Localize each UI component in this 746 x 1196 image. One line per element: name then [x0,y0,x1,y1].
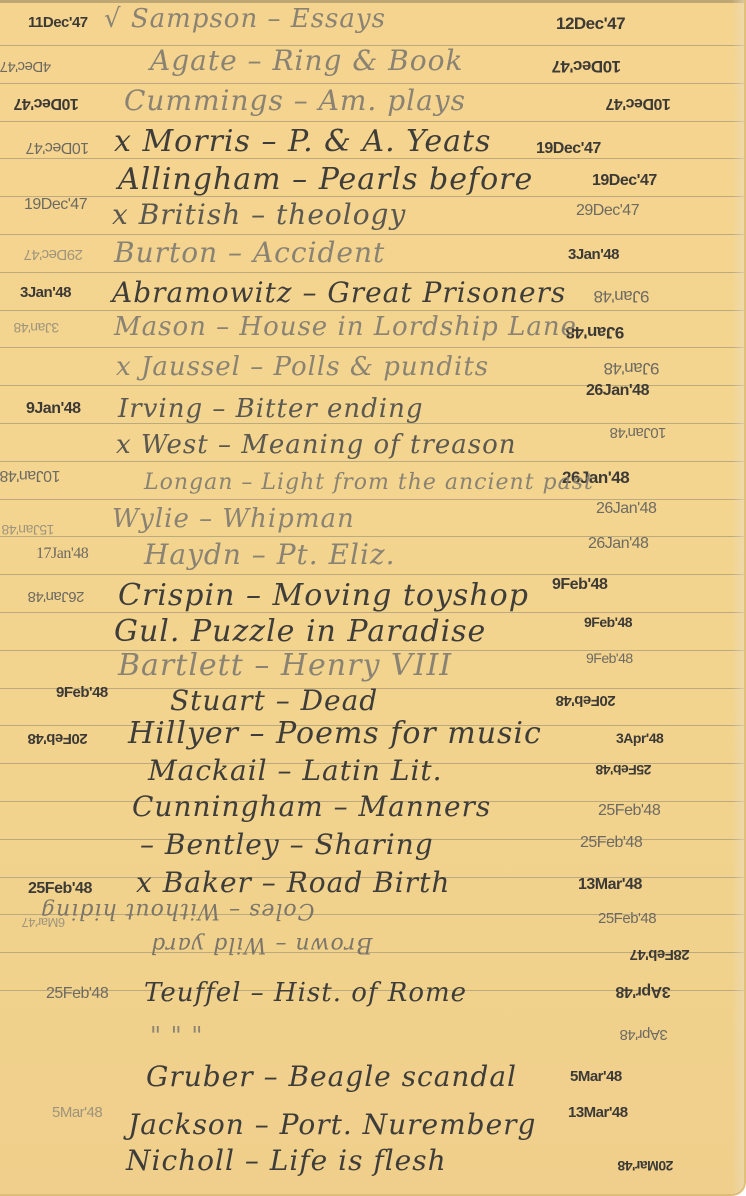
book-entry: – Bentley – Sharing [140,828,434,861]
book-entry: Gruber – Beagle scandal [146,1060,517,1093]
date-stamp: 10Jan'48 [610,424,666,441]
date-stamp: 19Dec'47 [24,196,87,214]
date-stamp: 9Feb'48 [584,614,632,630]
date-stamp: 25Feb'48 [46,985,108,1003]
date-stamp: 26Jan'48 [28,588,84,605]
book-entry: Stuart – Dead [170,684,378,717]
date-stamp: 17Jan'48 [36,545,88,563]
book-entry: Jackson – Port. Nuremberg [128,1108,536,1141]
date-stamp: 3Apr'48 [616,982,671,1000]
entry-text: Nicholl – Life is flesh [126,1144,447,1177]
entry-text: West – Meaning of treason [141,430,517,460]
date-stamp: 9Jan'48 [594,286,650,306]
date-stamp: 3Jan'48 [568,246,619,263]
book-entry: Irving – Bitter ending [118,394,424,424]
book-entry: x British – theology [112,198,406,231]
date-stamp: 4Dec'47 [0,58,51,75]
entry-text: Longan – Light from the ancient past [144,470,594,495]
date-stamp: 3Apr'48 [620,1026,668,1043]
entry-text: Burton – Accident [114,236,385,269]
entry-text: – Bentley – Sharing [140,828,434,861]
book-entry: Cunningham – Manners [132,790,491,823]
entry-text: Stuart – Dead [170,684,378,717]
entry-text: Wylie – Whipman [112,504,355,534]
book-entry: Bartlett – Henry VIII [118,648,452,683]
date-stamp: 3Apr'48 [616,730,663,746]
entry-text: Cummings – Am. plays [124,84,466,117]
date-stamp: 10Dec'47 [26,138,89,156]
book-entry: Teuffel – Hist. of Rome [144,978,467,1008]
date-stamp: 9Feb'48 [552,576,607,594]
date-stamp: 25Feb'48 [596,762,651,778]
date-stamp: 10Dec'47 [14,94,79,112]
date-stamp: 25Feb'48 [28,880,92,898]
date-stamp: 29Dec'47 [576,202,639,220]
check-mark: x [114,124,142,159]
book-entry: Mason – House in Lordship Lane [114,312,577,342]
date-stamp: 25Feb'48 [598,802,660,820]
check-mark: x [116,430,141,460]
book-entry: Allingham – Pearls before [118,162,533,197]
date-stamp: 5Mar'48 [570,1068,622,1085]
ruled-line [0,461,746,462]
book-entry: Burton – Accident [114,236,385,269]
ruled-line [0,272,746,273]
book-entry: Haydn – Pt. Eliz. [144,538,396,571]
date-stamp: 26Jan'48 [596,500,656,518]
entry-text: Hillyer – Poems for music [128,716,542,751]
date-stamp: 10Dec'47 [552,56,621,76]
date-stamp: 9Jan'48 [26,400,81,418]
date-stamp: 25Feb'48 [580,834,642,852]
date-stamp: 3Jan'48 [20,284,71,301]
entry-text: Teuffel – Hist. of Rome [144,978,467,1008]
date-stamp: 25Feb'48 [598,910,656,927]
entry-text: Bartlett – Henry VIII [118,648,452,683]
entry-text: Brown – Wild yard [150,932,372,957]
date-stamp: 20Feb'48 [556,692,616,709]
book-entry: x Morris – P. & A. Yeats [114,124,491,159]
entry-text: Agate – Ring & Book [150,44,463,77]
check-mark: x [116,352,141,382]
entry-text: √ Sampson – Essays [104,4,386,34]
date-stamp: 3Jan'48 [14,320,59,336]
entry-text: " " " [150,1022,203,1050]
book-entry: x Jaussel – Polls & pundits [116,352,489,382]
entry-text: Morris – P. & A. Yeats [142,124,491,159]
date-stamp: 19Dec'47 [592,172,657,190]
check-mark: x [136,866,163,899]
entry-text: Baker – Road Birth [163,866,451,899]
date-stamp: 15Jan'48 [2,522,54,538]
book-entry: x West – Meaning of treason [116,430,517,460]
entry-text: Gul. Puzzle in Paradise [114,614,486,649]
entry-text: Cunningham – Manners [132,790,491,823]
ruled-line [0,121,746,122]
ruled-line [0,310,746,311]
book-entry: " " " [150,1022,203,1050]
book-entry: √ Sampson – Essays [104,4,386,34]
entry-text: Gruber – Beagle scandal [146,1060,517,1093]
date-stamp: 13Mar'48 [578,876,642,894]
book-entry: Nicholl – Life is flesh [126,1144,447,1177]
book-entry: Longan – Light from the ancient past [144,470,594,495]
book-entry: Gul. Puzzle in Paradise [114,614,486,649]
check-mark: x [112,198,139,231]
book-entry: Mackail – Latin Lit. [148,754,443,787]
entry-text: Coles – Without hiding [40,898,315,923]
date-stamp: 29Dec'47 [24,246,83,263]
entry-text: Mason – House in Lordship Lane [114,312,577,342]
date-stamp: 10Jan'48 [0,466,60,484]
date-stamp: 13Mar'48 [568,1104,628,1121]
date-stamp: 28Feb'47 [630,946,690,963]
entry-text: Mackail – Latin Lit. [148,754,443,787]
ruled-line [0,347,746,348]
book-entry: x Baker – Road Birth [136,866,450,899]
entry-text: Jackson – Port. Nuremberg [128,1108,536,1141]
date-stamp: 26Jan'48 [586,382,649,400]
entry-text: Irving – Bitter ending [118,394,424,424]
card-top-edge [0,0,744,3]
book-entry: Crispin – Moving toyshop [118,578,529,613]
date-stamp: 10Dec'47 [606,94,671,112]
book-entry: Abramowitz – Great Prisoners [112,276,566,309]
book-entry: Brown – Wild yard [150,932,372,957]
entry-text: British – theology [139,198,407,231]
date-stamp: 12Dec'47 [556,14,625,34]
entry-text: Allingham – Pearls before [118,162,533,197]
date-stamp: 9Jan'48 [604,358,660,378]
book-entry: Coles – Without hiding [40,898,315,923]
entry-text: Abramowitz – Great Prisoners [112,276,566,309]
entry-text: Jaussel – Polls & pundits [141,352,489,382]
date-stamp: 9Feb'48 [56,684,108,701]
date-stamp: 26Jan'48 [588,535,648,553]
book-entry: Wylie – Whipman [112,504,355,534]
entry-text: Haydn – Pt. Eliz. [144,538,396,571]
date-stamp: 11Dec'47 [28,14,88,31]
book-entry: Cummings – Am. plays [124,84,466,117]
date-stamp: 19Dec'47 [536,140,601,158]
entry-text: Crispin – Moving toyshop [118,578,529,613]
book-entry: Agate – Ring & Book [150,44,463,77]
book-entry: Hillyer – Poems for music [128,716,542,751]
date-stamp: 20Mar'48 [618,1158,673,1174]
date-stamp: 9Feb'48 [586,650,633,666]
ruled-line [0,574,746,575]
circulation-card: 11Dec'474Dec'4710Dec'4710Dec'4719Dec'472… [0,0,746,1196]
ruled-line [0,234,746,235]
date-stamp: 5Mar'48 [52,1104,102,1121]
date-stamp: 20Feb'48 [28,730,88,747]
